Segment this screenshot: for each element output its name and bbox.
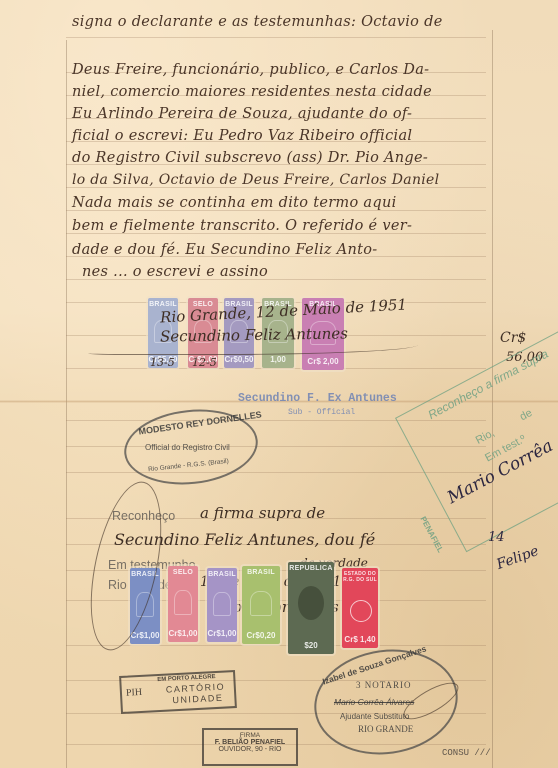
green-stamp-header: Reconheço a firma supra xyxy=(426,347,551,422)
revenue-stamp: ESTADO DO R.G. DO SUL Cr$ 1,40 xyxy=(342,568,378,648)
typed-sub-official-name: Secundino F. Ex Antunes xyxy=(238,392,397,405)
firma-line-1: FIRMA xyxy=(204,732,296,739)
firma-box-stamp: FIRMA F. BELIÃO PENAFIEL OUVIDOR, 90 - R… xyxy=(202,728,298,766)
handwritten-line: dade e dou fé. Eu Secundino Feliz Anto- xyxy=(72,242,378,258)
footer-mark: CONSU /// xyxy=(442,748,491,758)
notary-stamp-title: 3 NOTARIO xyxy=(356,680,412,690)
green-stamp-side-text: PENAFIEL xyxy=(419,515,446,554)
firma-line-2: F. BELIÃO PENAFIEL xyxy=(204,739,296,746)
typed-sub-official-title: Sub - Official xyxy=(288,408,355,417)
stamp-cancel-mark: 13-5 xyxy=(150,356,175,369)
handwritten-line: ficial o escrevi: Eu Pedro Vaz Ribeiro o… xyxy=(72,128,412,144)
notary-stamp-city: RIO GRANDE xyxy=(358,724,413,734)
recognition-hand-1: a firma supra de xyxy=(200,504,325,522)
handwritten-line: Nada mais se continha em dito termo aqui xyxy=(72,195,397,211)
green-stamp-hand-2: 14 xyxy=(488,530,505,545)
left-margin-rule xyxy=(66,40,67,768)
cartorio-box-stamp: PIH EM PORTO ALEGRE CARTÓRIO UNIDADE xyxy=(119,670,237,714)
signature-flourish xyxy=(88,338,418,355)
document-page: signa o declarante e as testemunhas: Oct… xyxy=(0,0,558,768)
registry-stamp-title: Official do Registro Civil xyxy=(145,443,230,452)
ruled-line xyxy=(66,37,486,38)
notary-stamp-name: Mario Corrêa Álvares xyxy=(334,697,414,707)
revenue-stamp: BRASIL Cr$0,20 xyxy=(242,566,280,644)
green-stamp-rio-label: Rio, xyxy=(474,427,497,447)
cartorio-line-3: UNIDADE xyxy=(172,693,223,706)
handwritten-line: lo da Silva, Octavio de Deus Freire, Car… xyxy=(72,172,439,188)
revenue-stamp: REPUBLICA $20 xyxy=(288,562,334,654)
handwritten-line: signa o declarante e as testemunhas: Oct… xyxy=(72,14,443,30)
handwritten-line: Deus Freire, funcionário, publico, e Car… xyxy=(72,62,429,78)
green-recognition-stamp: Reconheço a firma supra Rio, de Em test.… xyxy=(395,310,558,553)
green-stamp-de-label: de xyxy=(518,407,534,423)
ruled-line xyxy=(66,368,486,369)
handwritten-line: do Registro Civil subscrevo (ass) Dr. Pi… xyxy=(72,150,428,166)
handwritten-line: nes ... o escrevi e assino xyxy=(82,264,268,280)
notary-stamp-role: Ajudante Substituto xyxy=(340,712,409,721)
firma-line-3: OUVIDOR, 90 - RIO xyxy=(204,746,296,753)
cartorio-side-text: PIH xyxy=(126,687,143,699)
handwritten-line: niel, comercio maiores residentes nesta … xyxy=(72,84,432,100)
stamp-cancel-mark: 12-5 xyxy=(192,356,217,369)
handwritten-line: Eu Arlindo Pereira de Souza, ajudante do… xyxy=(72,106,412,122)
green-stamp-hand-3: Felipe xyxy=(495,543,541,573)
handwritten-line: bem e fielmente transcrito. O referido é… xyxy=(72,218,412,234)
fee-currency: Cr$ xyxy=(500,330,526,346)
revenue-stamp: SELO Cr$1,00 xyxy=(168,566,198,642)
revenue-stamp: BRASIL Cr$1,00 xyxy=(207,568,237,642)
